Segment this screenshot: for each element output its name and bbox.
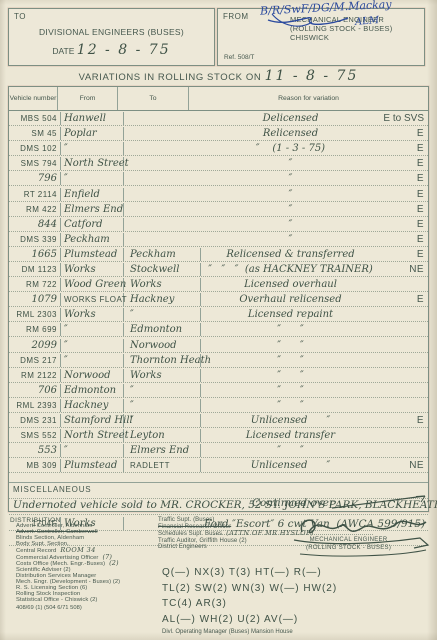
table-row: RM 2122NorwoodWorks″ ″: [9, 368, 428, 383]
table-row: 844Catford″E: [9, 217, 428, 232]
vehicle-number-cell: RT 2114: [9, 188, 61, 201]
distribution-item-text: Central Record: [16, 548, 56, 554]
reason-cell: ″E: [201, 188, 428, 201]
reason-text: Unlicensed ″: [201, 459, 380, 472]
vehicle-number-cell: SMS 794: [9, 157, 61, 170]
reason-text: Relicensed: [201, 127, 380, 140]
reason-text: ″: [201, 218, 380, 231]
vehicle-number-cell: DMS 217: [9, 354, 61, 367]
to-cell: ″: [124, 399, 201, 412]
distribution-list: DISTRIBUTION Advert. Controller, Aldenha…: [10, 517, 152, 611]
to-cell: Stockwell: [124, 263, 201, 276]
table-row: 2099″Norwood″ ″: [9, 337, 428, 352]
vehicle-number-cell: MBS 504: [9, 112, 61, 125]
table-row: RML 2393Hackney″″ ″: [9, 398, 428, 413]
table-header-row: Vehicle number From To Reason for variat…: [9, 87, 428, 111]
vehicle-number-cell: 1079: [9, 293, 61, 306]
reason-text: ″ ″: [201, 323, 380, 336]
table-row: 553″Elmers End″ ″: [9, 443, 428, 458]
to-cell: ″: [124, 384, 201, 397]
table-row: RM 699″Edmonton″ ″: [9, 322, 428, 337]
reason-cell: Unlicensed ″NE: [201, 459, 428, 472]
table-row: RML 2303Works″Licensed repaint: [9, 307, 428, 322]
reason-text: ″ ″: [201, 354, 380, 367]
reason-text: ″ (1 - 3 - 75): [201, 142, 380, 155]
from-cell: ″: [61, 354, 124, 367]
from-cell: Plumstead: [61, 459, 124, 472]
reason-cell: Licensed repaint: [201, 308, 428, 321]
to-cell: Works: [124, 278, 201, 291]
to-cell: ″: [124, 414, 201, 427]
reason-cell: ″ ″: [201, 399, 428, 412]
from-cell: North Street: [61, 157, 124, 170]
reason-text: ″ ″: [201, 339, 380, 352]
column-header-to: To: [118, 87, 189, 110]
from-cell: Stamford Hill: [61, 414, 124, 427]
to-cell: Norwood: [124, 339, 201, 352]
vehicle-number-cell: DMS 102: [9, 142, 61, 155]
reason-cell: ″ (1 - 3 - 75)E: [201, 142, 428, 155]
reason-text: Licensed transfer: [201, 429, 380, 442]
reason-text: Overhaul relicensed: [201, 293, 380, 306]
reason-text: ″ ″: [201, 369, 380, 382]
vehicle-number-cell: 1665: [9, 248, 61, 261]
reason-text: ″: [201, 157, 380, 170]
reason-text: ″: [201, 233, 380, 246]
from-cell: Edmonton: [61, 384, 124, 397]
reason-cell: DelicensedE to SVS: [201, 112, 428, 125]
from-cell: Enfield: [61, 188, 124, 201]
stock-category-mark: E: [380, 172, 428, 185]
date-line: DATE 12 - 8 - 75: [9, 42, 214, 58]
continued-over-note: Continued over: [252, 497, 334, 509]
from-ref: Ref. 508/T: [224, 54, 254, 61]
from-cell: North Street: [61, 429, 124, 442]
to-cell: Thornton Heath: [124, 354, 201, 367]
recipient-item: Traffic Auditor, Griffith House (2): [158, 538, 302, 545]
table-row: RT 2114Enfield″E: [9, 186, 428, 201]
distribution-item: Statistical Office - Chiswick (2): [16, 598, 152, 604]
from-cell: WORKS FLOAT: [61, 293, 124, 306]
reason-cell: RelicensedE: [201, 127, 428, 140]
reason-cell: Unlicensed ″E: [201, 414, 428, 427]
table-row: DMS 231Stamford Hill″Unlicensed ″E: [9, 413, 428, 428]
table-row: DM 1123WorksStockwell″ ″ ″ (as HACKNEY T…: [9, 262, 428, 277]
stock-category-mark: E: [380, 127, 428, 140]
reason-text: ″: [201, 203, 380, 216]
garage-code-line: TL(2) SW(2) WN(3) W(—) HW(2): [162, 581, 352, 597]
vehicle-number-cell: RM 422: [9, 203, 61, 216]
signature-scrawl: [288, 510, 433, 562]
recipient-item-text: Traffic Supt. (Buses): [158, 517, 214, 523]
table-row: SMS 552North StreetLeytonLicensed transf…: [9, 428, 428, 443]
reason-text: Licensed overhaul: [201, 278, 380, 291]
recipient-item-text: Traffic Auditor, Griffith House (2): [158, 538, 247, 544]
reason-text: ″ ″: [201, 399, 380, 412]
vehicle-number-cell: 2099: [9, 339, 61, 352]
to-box: TO DIVISIONAL ENGINEERS (BUSES) DATE 12 …: [8, 8, 215, 66]
reason-cell: Overhaul relicensedE: [201, 293, 428, 306]
garage-code-tallies: Q(—) NX(3) T(3) HT(—) R(—)TL(2) SW(2) WN…: [162, 565, 352, 627]
vehicle-number-cell: RM 699: [9, 323, 61, 336]
vehicle-number-cell: DMS 339: [9, 233, 61, 246]
from-cell: Elmers End: [61, 203, 124, 216]
reason-cell: Licensed transfer: [201, 429, 428, 442]
reason-text: ″ ″: [201, 384, 380, 397]
table-row: DMS 339Peckham″E: [9, 232, 428, 247]
vehicle-number-cell: MB 309: [9, 459, 61, 472]
from-cell: Hanwell: [61, 112, 124, 125]
reason-cell: ″ ″: [201, 369, 428, 382]
stock-category-mark: E: [380, 157, 428, 170]
vehicle-number-cell: DM 1123: [9, 263, 61, 276]
column-header-from: From: [58, 87, 118, 110]
table-row: SM 45PoplarRelicensedE: [9, 126, 428, 141]
stock-category-mark: NE: [380, 263, 428, 276]
column-header-vehicle-number: Vehicle number: [9, 87, 58, 110]
reason-cell: ″ ″: [201, 444, 428, 457]
vehicle-number-cell: SMS 552: [9, 429, 61, 442]
to-cell: RADLETT: [124, 459, 201, 472]
vehicle-number-cell: 553: [9, 444, 61, 457]
stock-category-mark: E: [380, 293, 428, 306]
from-cell: Plumstead: [61, 248, 124, 261]
recipient-item-text: Financial Research Officer: [158, 524, 231, 530]
distribution-item-text: Commercial Advertising Officer: [16, 555, 98, 561]
from-cell: Peckham: [61, 233, 124, 246]
table-row: RM 422Elmers End″E: [9, 202, 428, 217]
vehicle-number-cell: RM 722: [9, 278, 61, 291]
vehicle-number-cell: RM 2122: [9, 369, 61, 382]
vehicle-number-cell: DMS 231: [9, 414, 61, 427]
from-cell: Norwood: [61, 369, 124, 382]
footer-note: Divl. Operating Manager (Buses) Mansion …: [162, 629, 293, 635]
stock-category-mark: E: [380, 218, 428, 231]
table-row: DMS 102″″ (1 - 3 - 75)E: [9, 141, 428, 156]
reason-cell: Relicensed & transferredE: [201, 248, 428, 261]
vehicle-number-cell: 796: [9, 172, 61, 185]
reason-text: Relicensed & transferred: [201, 248, 380, 261]
stock-category-mark: NE: [380, 459, 428, 472]
document-title-date-handwritten: 11 - 8 - 75: [265, 68, 359, 84]
to-cell: ″: [124, 308, 201, 321]
reason-cell: ″ ″: [201, 323, 428, 336]
scanned-form-page: B/R/SwF/DG/M.Mackay ALM TO DIVISIONAL EN…: [0, 0, 437, 640]
to-cell: Edmonton: [124, 323, 201, 336]
vehicle-number-cell: SM 45: [9, 127, 61, 140]
reason-cell: ″ ″: [201, 339, 428, 352]
from-cell: ″: [61, 142, 124, 155]
reason-cell: ″E: [201, 233, 428, 246]
from-cell: ″: [61, 172, 124, 185]
from-cell: Wood Green: [61, 278, 124, 291]
to-label: TO: [14, 12, 26, 21]
reason-text: ″: [201, 172, 380, 185]
table-row: MBS 504HanwellDelicensedE to SVS: [9, 111, 428, 126]
from-cell: Poplar: [61, 127, 124, 140]
reason-cell: ″E: [201, 203, 428, 216]
reason-text: ″: [201, 188, 380, 201]
table-row: MB 309PlumsteadRADLETTUnlicensed ″NE: [9, 458, 428, 473]
vehicle-number-cell: RML 2393: [9, 399, 61, 412]
continued-over-arrow: [330, 490, 435, 512]
document-title-text: VARIATIONS IN ROLLING STOCK ON: [79, 72, 262, 83]
table-row: 796″″E: [9, 171, 428, 186]
routing-annotation-text: B/R/SwF/DG/M.Mackay: [260, 0, 435, 18]
from-cell: Works: [61, 308, 124, 321]
document-title: VARIATIONS IN ROLLING STOCK ON 11 - 8 - …: [0, 68, 437, 84]
stock-category-mark: E to SVS: [380, 112, 428, 125]
from-cell: Works: [61, 263, 124, 276]
table-row: 1665PlumsteadPeckhamRelicensed & transfe…: [9, 247, 428, 262]
from-cell: ″: [61, 323, 124, 336]
distribution-item: Central RecordROOM 34: [16, 548, 152, 555]
reason-text: ″ ″: [201, 444, 380, 457]
to-cell: Works: [124, 369, 201, 382]
reason-cell: ″E: [201, 218, 428, 231]
to-cell: Hackney: [124, 293, 201, 306]
column-header-reason: Reason for variation: [189, 87, 428, 110]
reason-cell: ″ ″ ″ (as HACKNEY TRAINER)NE: [201, 263, 428, 276]
reason-cell: ″E: [201, 172, 428, 185]
rolling-stock-table: Vehicle number From To Reason for variat…: [8, 86, 429, 512]
recipient-item: Traffic Supt. (Buses): [158, 517, 302, 524]
table-row: SMS 794North Street″E: [9, 156, 428, 171]
reason-text: ″ ″ ″ (as HACKNEY TRAINER): [201, 263, 380, 276]
from-cell: ″: [61, 444, 124, 457]
reason-cell: ″ ″: [201, 354, 428, 367]
from-label: FROM: [223, 12, 249, 21]
from-cell: Catford: [61, 218, 124, 231]
table-row: DMS 217″Thornton Heath″ ″: [9, 353, 428, 368]
routing-annotation: B/R/SwF/DG/M.Mackay ALM: [260, 0, 435, 38]
recipient-item-text: District Engineers: [158, 544, 207, 550]
stock-category-mark: E: [380, 142, 428, 155]
form-reference-number: 408/69 (1) (504 6/71 508): [10, 605, 152, 611]
distribution-items: Advert. Controller, AldenhamAdvert. Cont…: [10, 524, 152, 604]
date-label: DATE: [52, 46, 74, 56]
distribution-item-text: Statistical Office - Chiswick (2): [16, 597, 97, 603]
misc-spacer-row: [9, 473, 428, 483]
garage-code-line: TC(4) AR(3): [162, 596, 352, 612]
vehicle-number-cell: 706: [9, 384, 61, 397]
reason-text: Licensed repaint: [201, 308, 380, 321]
signature-block: MECHANICAL ENGINEER (ROLLING STOCK - BUS…: [288, 520, 430, 560]
reason-text: Delicensed: [201, 112, 380, 125]
table-row: 1079WORKS FLOATHackneyOverhaul relicense…: [9, 292, 428, 307]
to-recipient: DIVISIONAL ENGINEERS (BUSES): [9, 27, 214, 37]
from-cell: ″: [61, 339, 124, 352]
table-row: RM 722Wood GreenWorksLicensed overhaul: [9, 277, 428, 292]
reason-cell: Licensed overhaul: [201, 278, 428, 291]
rolling-stock-rows: MBS 504HanwellDelicensedE to SVSSM 45Pop…: [9, 111, 428, 473]
routing-initials: ALM: [355, 15, 380, 28]
distribution-item-handwritten-note: (2): [105, 559, 119, 567]
to-cell: Peckham: [124, 248, 201, 261]
vehicle-number-cell: 844: [9, 218, 61, 231]
to-cell: Leyton: [124, 429, 201, 442]
stock-category-mark: E: [380, 233, 428, 246]
from-cell: Hackney: [61, 399, 124, 412]
stock-category-mark: E: [380, 188, 428, 201]
table-row: 706Edmonton″″ ″: [9, 383, 428, 398]
recipient-item: District Engineers: [158, 544, 302, 551]
distribution-item-handwritten-note: ROOM 34: [56, 546, 95, 554]
reason-cell: ″ ″: [201, 384, 428, 397]
garage-code-line: Q(—) NX(3) T(3) HT(—) R(—): [162, 565, 352, 581]
stock-category-mark: E: [380, 248, 428, 261]
garage-code-line: AL(—) WH(2) U(2) AV(—): [162, 612, 352, 628]
to-cell: Elmers End: [124, 444, 201, 457]
stock-category-mark: E: [380, 203, 428, 216]
vehicle-number-cell: RML 2303: [9, 308, 61, 321]
reason-cell: ″E: [201, 157, 428, 170]
date-value-handwritten: 12 - 8 - 75: [77, 42, 171, 58]
reason-text: Unlicensed ″: [201, 414, 380, 427]
stock-category-mark: E: [380, 414, 428, 427]
